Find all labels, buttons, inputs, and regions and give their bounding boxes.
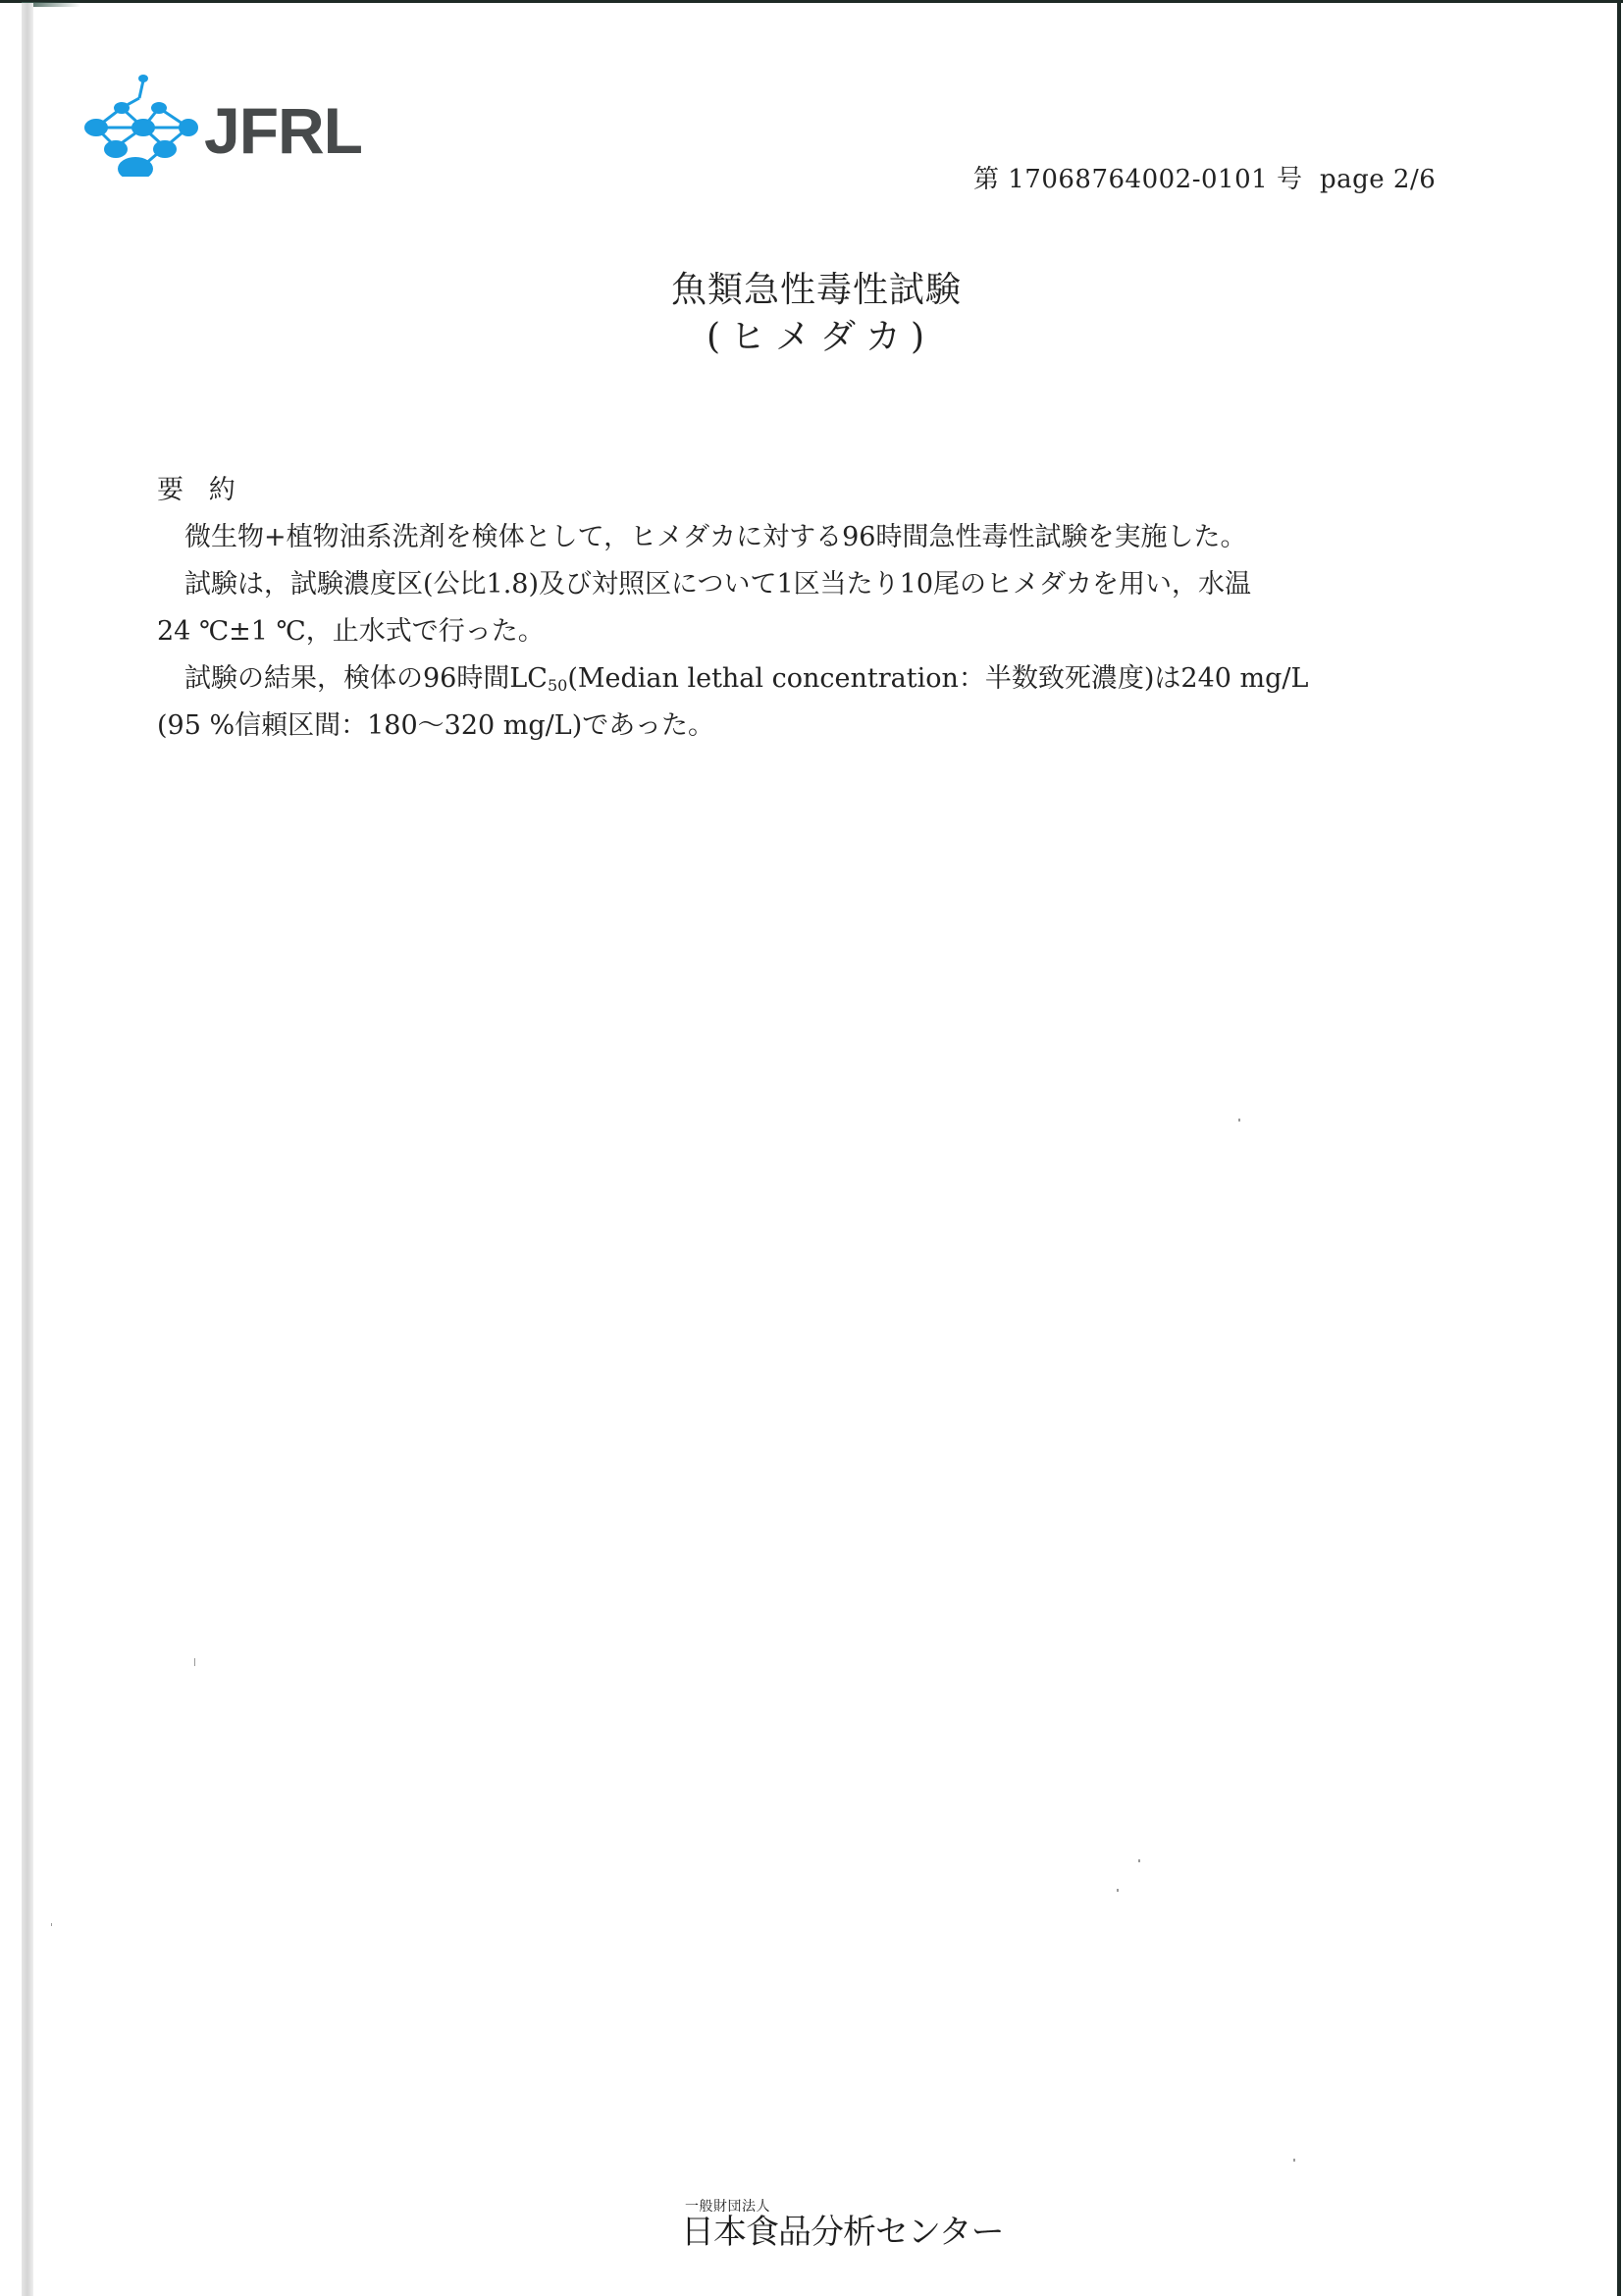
title-main: 魚類急性毒性試験 — [10, 267, 1623, 314]
lc50-text-pre: 試験の結果，検体の96時間LC — [184, 663, 548, 694]
scan-speck — [1238, 1119, 1240, 1122]
scan-edge-top — [0, 0, 1623, 3]
lc50-text-post: (Median lethal concentration：半数致死濃度)は240… — [567, 663, 1308, 694]
network-nodes-icon — [82, 71, 198, 177]
scan-speck — [1117, 1889, 1119, 1892]
footer-organization: 一般財団法人 日本食品分析センター — [681, 2198, 1004, 2251]
scan-speck — [194, 1658, 195, 1666]
logo-text: JFRL — [204, 98, 362, 163]
footer-org-name: 日本食品分析センター — [681, 2214, 1004, 2251]
report-number: 第 17068764002-0101 号 page 2/6 — [973, 159, 1436, 195]
title-subtitle: (ヒメダカ) — [18, 314, 1623, 361]
document-title: 魚類急性毒性試験 (ヒメダカ) — [0, 267, 1623, 361]
scan-speck — [51, 1923, 52, 1926]
summary-paragraph-3: 試験の結果，検体の96時間LC50(Median lethal concentr… — [157, 655, 1433, 750]
summary-paragraph-1: 微生物+植物油系洗剤を検体として，ヒメダカに対する96時間急性毒性試験を実施した… — [157, 514, 1433, 561]
paragraph-line: 微生物+植物油系洗剤を検体として，ヒメダカに対する96時間急性毒性試験を実施した… — [157, 514, 1433, 561]
summary-paragraph-2: 試験は，試験濃度区(公比1.8)及び対照区について1区当たり10尾のヒメダカを用… — [157, 561, 1433, 655]
paragraph-line: 24 ℃±1 ℃，止水式で行った。 — [157, 608, 1433, 655]
lc50-subscript: 50 — [548, 676, 567, 695]
footer-org-type: 一般財団法人 — [685, 2198, 1004, 2214]
paragraph-line: 試験は，試験濃度区(公比1.8)及び対照区について1区当たり10尾のヒメダカを用… — [157, 561, 1433, 608]
scan-speck — [1293, 2159, 1295, 2162]
scan-speck — [1138, 1859, 1140, 1862]
summary-heading: 要 約 — [157, 469, 1433, 512]
paragraph-line-confidence: (95 %信頼区間：180～320 mg/L)であった。 — [157, 703, 1433, 750]
paragraph-line-lc50: 試験の結果，検体の96時間LC50(Median lethal concentr… — [157, 655, 1433, 703]
summary-section: 要 約 微生物+植物油系洗剤を検体として，ヒメダカに対する96時間急性毒性試験を… — [157, 469, 1433, 750]
jfrl-logo: JFRL — [82, 71, 362, 177]
